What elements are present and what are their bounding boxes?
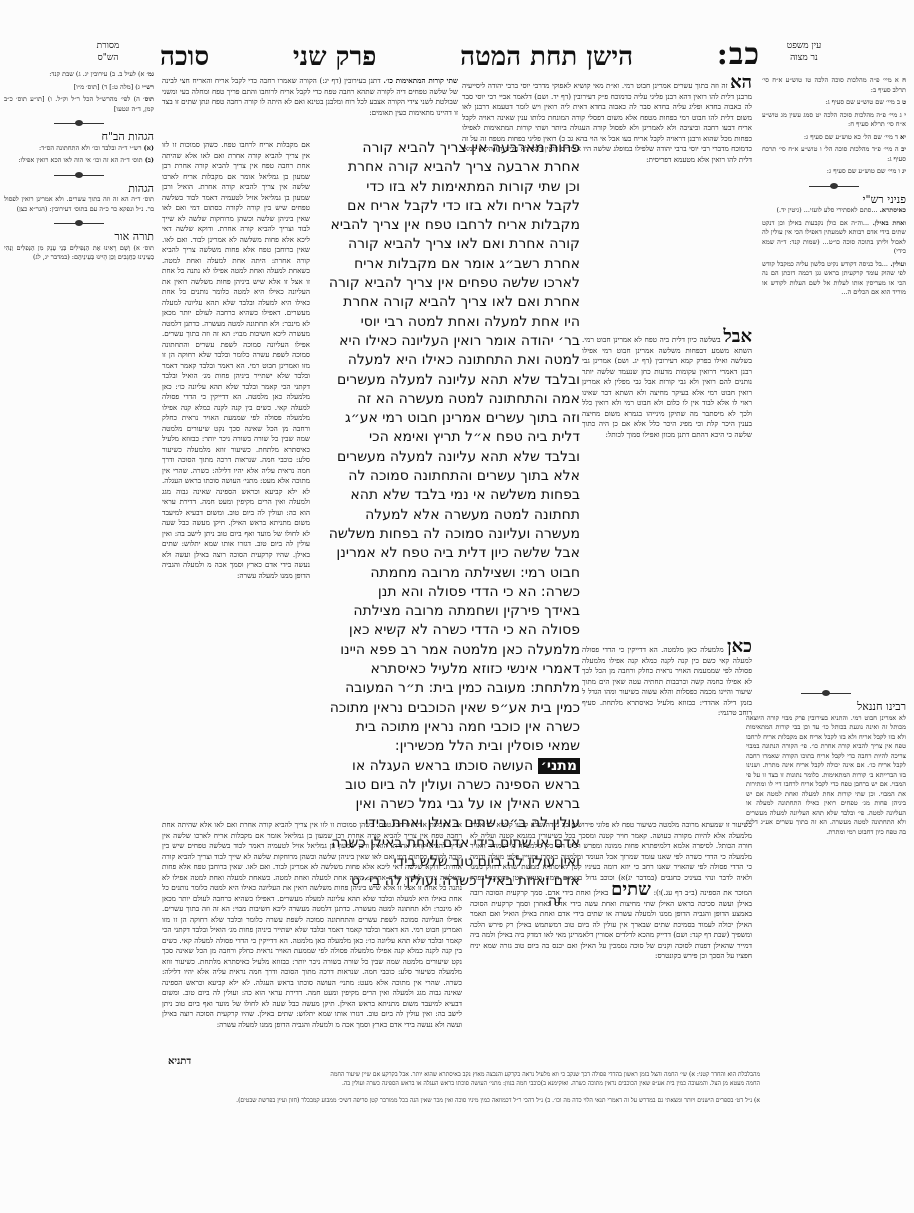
masoret-hashas-column: גמ׳ א) לעיל ב. ב) עירובין יג. ג) שבת קנד… [4, 70, 154, 266]
tractate-name: סוכה [160, 42, 209, 72]
ein-mishpat-label: עין משפט [774, 40, 834, 52]
pninei-rashi-entry: כאיסתרא. ...סתם לאסתירי סלע לועזי... (גי… [762, 206, 906, 216]
gemara-line: לקבל אריח ולא בזו כדי לקבל אריח אם [318, 197, 580, 216]
tosafot-text: מלמעלה כאן מלמטה. הא דדייקין כי הדדי פסו… [582, 645, 752, 717]
tosafot-opening-word: הא [730, 72, 752, 93]
gemara-main-text: פחות מארבעה אין צריך להביא קורה אחרת ארב… [318, 139, 580, 911]
gemara-line: מקבלות אריח לרחבו טפח אין צריך להביא [318, 216, 580, 235]
gemara-line: פחות מארבעה אין צריך להביא קורה [318, 139, 580, 158]
masoret-entry: תוס׳ ה) לפי׳ מהרש״ל הכל ר״ל וק״ל. ו) [תו… [4, 95, 154, 114]
gemara-line: וכן שתי קורות המתאימות לא בזו כדי [318, 178, 580, 197]
ein-mishpat-entry: יג ו מיי׳ שם טוש״ע שם סעיף ג: [762, 167, 906, 177]
mishna-line: עולין לה ב״ט שתים באילן ואחת בידי [318, 814, 580, 833]
tosafot-opening-word: שתים [611, 879, 651, 900]
chapter-number: פרק שני [293, 42, 377, 72]
tosafot-opening-word: אבל [723, 326, 752, 347]
page-header: כב: הישן תחת המטה פרק שני סוכה [160, 38, 760, 72]
mishna-line: ואין עולין לה ביום טוב שלש בידי [318, 853, 580, 872]
gemara-line: וזה בתוך עשרים אמרינן חבוט רמי אע״ג [318, 409, 580, 428]
footnote-line: א) נ״ל דט׳ בספרים הישנים ויותר ומצאתי גם… [160, 1096, 760, 1105]
gemara-line: ובלבד שלא תהא עליונה למעלה מעשרים [318, 448, 580, 467]
tosafot-text: בשלשה כיון דלית ביה טפח לא אמרינן חבוט ר… [582, 335, 752, 439]
catchword: דתניא [168, 1056, 191, 1067]
gemara-line: מלמעלה כאן מלמטה אמר רב פפא היינו [318, 641, 580, 660]
daf-number: כב: [717, 37, 760, 72]
ein-mishpat-entry: י ג מיי׳ פ״ה מהלכות סוכה הלכה יט סמג עשי… [762, 111, 906, 130]
mishna-line: מתני׳ העושה סוכתו בראש העגלה או [318, 757, 580, 776]
gemara-line: למטה ואת התחתונה כאילו היא למעלה [318, 351, 580, 370]
hagahot-text: תוס׳ ד״ה הא זה וזה בתוך עשרים. ולא אמרינ… [4, 195, 154, 214]
gemara-line: דאמרי אינשי כזוזא מלעיל כאיסתרא [318, 660, 580, 679]
ornament-divider [809, 183, 859, 189]
gemara-line: לארכו שלשה טפחים אין צריך להביא קורה [318, 274, 580, 293]
gemara-line: תחתונה למטה מעשרה אלא למעלה [318, 506, 580, 525]
mishna-marker: מתני׳ [538, 758, 580, 774]
tosafot-kan-block: כאן מלמעלה כאן מלמטה. הא דדייקין כי הדדי… [582, 640, 752, 719]
gemara-line: בפחות משלשה אי נמי בלבד שלא תהא [318, 486, 580, 505]
masoret-entry: גמ׳ א) לעיל ב. ב) עירובין יג. ג) שבת קנד… [4, 70, 154, 80]
gemara-line: אחרת ארבעה צריך להביא קורה אחרת [318, 158, 580, 177]
gemara-line: אלא בתוך עשרים והתחתונה סמוכה לה [318, 467, 580, 486]
rashi-upper-block: שתי קורות המתאימות כו׳. דתנן בעירובין (ד… [162, 76, 458, 118]
rabbeinu-chananel-column: רבינו חננאל לא אמרינן חבוט רמי. והתניא ב… [746, 684, 906, 837]
footnotes-block: מהבלבלת הוא והחדר קטני: א) שי׳ החמה והצל… [160, 1070, 760, 1105]
mishna-line: בראש הספינה כשרה ועולין לה ביום טוב [318, 776, 580, 795]
hagahot-title: הגהות [4, 184, 154, 194]
gemara-line: דלית ביה טפח א״ל תריץ ואימא הכי [318, 428, 580, 447]
masoret-entry: רש״י ג) [מלה ט:] ד) [תוס׳ מ״ו] [4, 83, 154, 93]
gemara-line: כשרה אין כוכבי חמה נראין מתוכה בית [318, 718, 580, 737]
gemara-line: שמאי פוסלין ובית הלל מכשירין: [318, 737, 580, 756]
gemara-line: כמין בית אע״פ שאין הכוכבים נראין מתוכה [318, 699, 580, 718]
ein-mishpat-header: עין משפט נר מצוה [774, 40, 834, 64]
masoret-hashas-header: מסורת הש"ס [78, 40, 138, 64]
gemara-line: כשרה: הא כי הדדי פסולה והא תנן [318, 583, 580, 602]
tosafot-opening-word: כאן [727, 636, 752, 657]
torah-or-title: תורה אור [4, 232, 154, 242]
ner-mitzvah-label: נר מצוה [774, 52, 834, 64]
gemara-last-word: זה [318, 892, 580, 911]
footnote-line: החמה מעטא מן הצל. והמעובה כמין בית אע״פ … [160, 1079, 760, 1088]
torah-or-text: תוס׳ א) וְשָׁם רָאִינוּ אֶת הַנְּפִילִים… [4, 244, 154, 263]
footnote-line: מהבלבלת הוא והחדר קטני: א) שי׳ החמה והצל… [160, 1070, 760, 1079]
mishna-line: אדם ואחת באילן כשרה ועולין לה בי״ט [318, 872, 580, 891]
tosafot-aval-block: אבל בשלשה כיון דלית ביה טפח לא אמרינן חב… [582, 330, 752, 440]
rashi-dibbur-hamatchil: שתי קורות המתאימות כו׳. [383, 76, 458, 85]
ornament-divider [54, 220, 104, 226]
gemara-line: פסולה הא כי הדדי כשרה לא קשיא כאן [318, 621, 580, 640]
gemara-line: מלתחת: מעובה כמין בית: ת״ר המעובה [318, 679, 580, 698]
gemara-line: אמה והתחתונה למטה מעשרה הא זה [318, 390, 580, 409]
gemara-line: אבל שלשה כיון דלית ביה טפח לא אמרינן [318, 544, 580, 563]
gemara-line: קורה אחרת ואם לאו צריך להביא קורה [318, 235, 580, 254]
hashas-label: הש"ס [78, 52, 138, 64]
gemara-line: ובלבד שלא תהא עליונה למעלה מעשרים [318, 371, 580, 390]
hagahot-habach-entry: (א) רש״י ד״ה ובלבד וכו׳ ולא התחתונה הס״ד… [4, 144, 154, 154]
gemara-line: אחרת ואם לאו צריך להביא קורה אחרת [318, 293, 580, 312]
mishna-line: בראש האילן או על גבי גמל כשרה ואין [318, 795, 580, 814]
rashi-column: אם מקבלות אריח לרחבו טפח. כשהן סמוכות זו… [162, 140, 310, 820]
gemara-line: בר׳ יהודה אומר רואין העליונה כאילו היא [318, 332, 580, 351]
pninei-rashi-entry: ואחת באילן. ...וה״ה אם כולן נקבעות באילן… [762, 219, 906, 257]
ein-mishpat-entry: יא ד מיי׳ שם הל׳ כא טוש״ע שם סעיף ג: [762, 133, 906, 143]
ornament-divider [801, 690, 851, 696]
ein-mishpat-entry: ח א מיי׳ פ״ה מהלכות סוכה הלכה טז טוש״ע א… [762, 76, 906, 95]
pninei-rashi-title: פניני רש"י [762, 195, 906, 205]
masoret-label: מסורת [78, 40, 138, 52]
hagahot-habach-title: הגהות הב"ח [4, 132, 154, 142]
ornament-divider [54, 120, 104, 126]
ein-mishpat-entry: ט ב מיי׳ שם טוש״ע שם סעיף ג: [762, 98, 906, 108]
pninei-rashi-entry: ועולין. ...בל כניסה דקודש נקיט בלשון עלי… [762, 260, 906, 298]
hagahot-habach-entry: (ב) תוס׳ ד״ה הא זה וכו׳ אי הוה לאו הכא ר… [4, 156, 154, 166]
gemara-line: באידך פירקין ושחמתה מרובה מצילתה [318, 602, 580, 621]
chapter-name: הישן תחת המטה [460, 42, 633, 72]
rabbeinu-chananel-title: רבינו חננאל [746, 702, 906, 712]
gemara-line: היו אחת למעלה ואחת למטה רבי יוסי [318, 313, 580, 332]
ein-mishpat-entry: יב ה מיי׳ פ״ד מהלכות סוכה הל׳ ו טוש״ע א״… [762, 145, 906, 164]
ornament-divider [54, 172, 104, 178]
gemara-line: חבוט רמי: ושצילתה מרובה מחמתה [318, 564, 580, 583]
rabbeinu-chananel-text: לא אמרינן חבוט רמי. והתניא בעירובין פרק … [746, 714, 906, 838]
rashi-text: אם מקבלות אריח לרחבו טפח. כשהן סמוכות זו… [162, 140, 310, 580]
gemara-line: אחרת רשב״ג אומר אם מקבלות אריח [318, 255, 580, 274]
ein-mishpat-column: ח א מיי׳ פ״ה מהלכות סוכה הלכה טז טוש״ע א… [762, 76, 906, 301]
mishna-line: אדם או שתים בידי אדם ואחת באילן כשרה [318, 834, 580, 853]
gemara-line: מעשרה ועליונה סמוכה לה בפחות משלשה [318, 525, 580, 544]
